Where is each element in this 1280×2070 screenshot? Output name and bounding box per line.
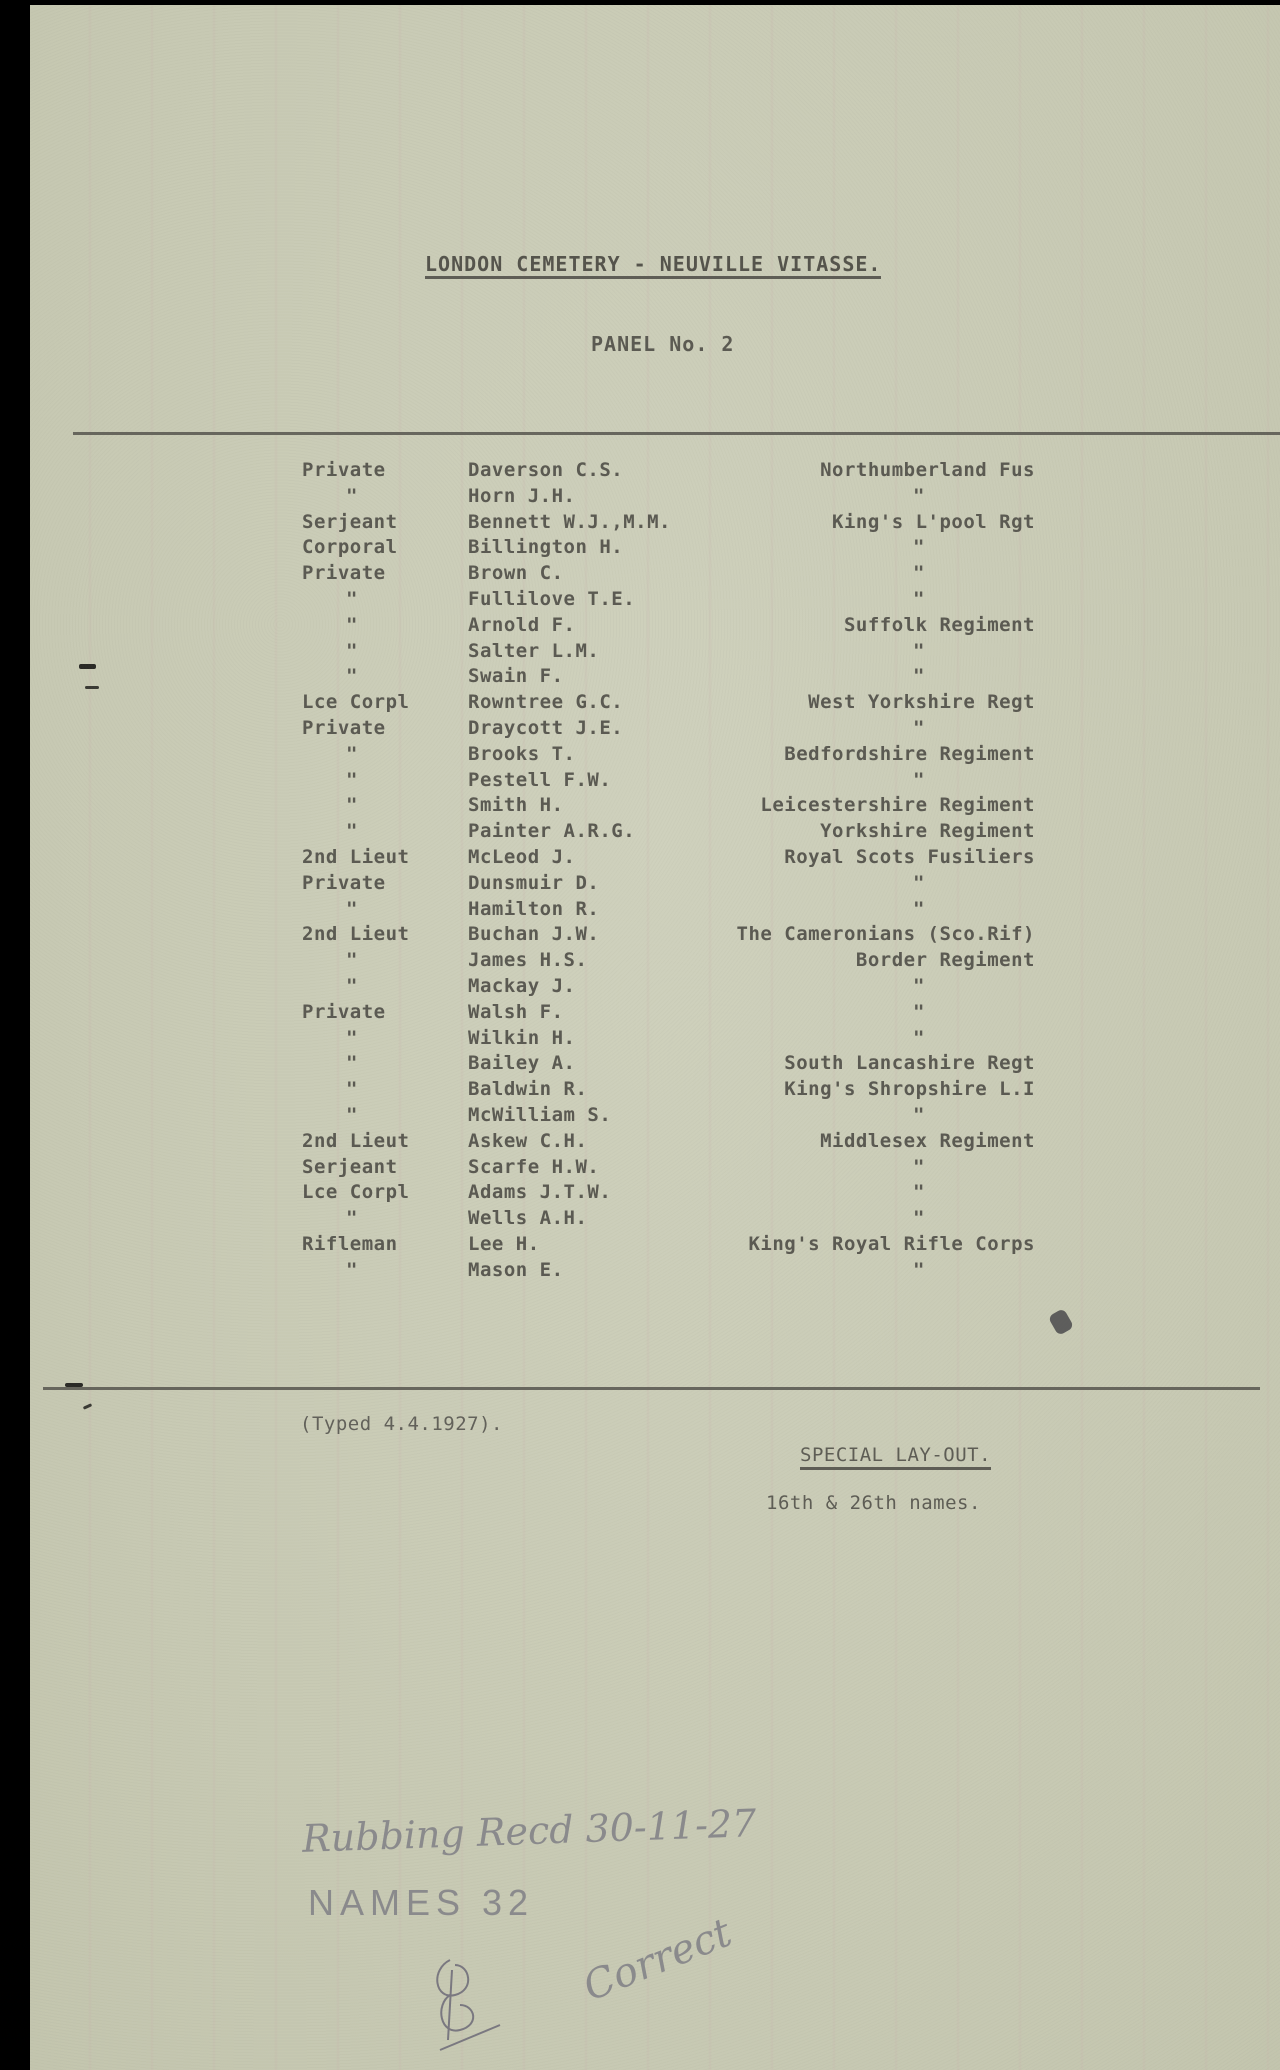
- regiment-cell: South Lancashire Regt: [784, 1054, 1035, 1073]
- table-row: "Mason E.": [0, 1261, 1280, 1287]
- table-row: "Bailey A.South Lancashire Regt: [0, 1054, 1280, 1080]
- table-row: "Salter L.M.": [0, 642, 1280, 668]
- regiment-cell: The Cameronians (Sco.Rif): [737, 925, 1035, 944]
- regiment-cell: ": [913, 642, 925, 661]
- name-cell: Painter A.R.G.: [468, 822, 635, 841]
- regiment-cell: ": [913, 1029, 925, 1048]
- regiment-cell: ": [913, 590, 925, 609]
- regiment-cell: ": [913, 564, 925, 583]
- table-row: PrivateDaverson C.S.Northumberland Fus: [0, 461, 1280, 487]
- regiment-cell: ": [913, 538, 925, 557]
- name-cell: Swain F.: [468, 667, 564, 686]
- table-row: "McWilliam S.": [0, 1106, 1280, 1132]
- rank-cell: 2nd Lieut: [302, 1132, 409, 1151]
- name-cell: McWilliam S.: [468, 1106, 611, 1125]
- rank-cell: Serjeant: [302, 513, 398, 532]
- rank-cell: Private: [302, 874, 386, 893]
- regiment-cell: ": [913, 487, 925, 506]
- table-row: PrivateDraycott J.E.": [0, 719, 1280, 745]
- table-row: 2nd LieutMcLeod J.Royal Scots Fusiliers: [0, 848, 1280, 874]
- table-row: 2nd LieutBuchan J.W.The Cameronians (Sco…: [0, 925, 1280, 951]
- name-cell: Billington H.: [468, 538, 623, 557]
- table-row: CorporalBillington H.": [0, 538, 1280, 564]
- table-row: Lce CorplAdams J.T.W.": [0, 1183, 1280, 1209]
- handwritten-names-count: NAMES 32: [308, 1885, 534, 1921]
- table-row: "James H.S.Border Regiment: [0, 951, 1280, 977]
- table-row: PrivateWalsh F.": [0, 1003, 1280, 1029]
- margin-mark: [83, 1403, 92, 1410]
- name-cell: Scarfe H.W.: [468, 1158, 599, 1177]
- regiment-cell: ": [913, 771, 925, 790]
- name-cell: Hamilton R.: [468, 900, 599, 919]
- regiment-cell: ": [913, 1183, 925, 1202]
- name-cell: Brooks T.: [468, 745, 575, 764]
- table-row: "Painter A.R.G.Yorkshire Regiment: [0, 822, 1280, 848]
- table-row: "Swain F.": [0, 667, 1280, 693]
- name-cell: Rowntree G.C.: [468, 693, 623, 712]
- table-row: "Wilkin H.": [0, 1029, 1280, 1055]
- regiment-cell: Bedfordshire Regiment: [784, 745, 1035, 764]
- name-cell: Draycott J.E.: [468, 719, 623, 738]
- rank-cell: ": [346, 745, 358, 764]
- rank-cell: Corporal: [302, 538, 398, 557]
- table-row: "Pestell F.W.": [0, 771, 1280, 797]
- rank-cell: Lce Corpl: [302, 1183, 409, 1202]
- table-row: "Mackay J.": [0, 977, 1280, 1003]
- regiment-cell: West Yorkshire Regt: [808, 693, 1035, 712]
- rank-cell: ": [346, 1080, 358, 1099]
- regiment-cell: ": [913, 719, 925, 738]
- rank-cell: 2nd Lieut: [302, 848, 409, 867]
- regiment-cell: King's Shropshire L.I: [784, 1080, 1035, 1099]
- table-row: "Baldwin R.King's Shropshire L.I: [0, 1080, 1280, 1106]
- name-cell: James H.S.: [468, 951, 587, 970]
- regiment-cell: King's L'pool Rgt: [832, 513, 1035, 532]
- regiment-cell: Suffolk Regiment: [844, 616, 1035, 635]
- regiment-cell: Leicestershire Regiment: [760, 796, 1035, 815]
- regiment-cell: Northumberland Fus: [820, 461, 1035, 480]
- rank-cell: Private: [302, 461, 386, 480]
- table-row: SerjeantScarfe H.W.": [0, 1158, 1280, 1184]
- rank-cell: ": [346, 796, 358, 815]
- table-row: "Fullilove T.E.": [0, 590, 1280, 616]
- rank-cell: ": [346, 1261, 358, 1280]
- rank-cell: ": [346, 977, 358, 996]
- rank-cell: ": [346, 822, 358, 841]
- regiment-cell: ": [913, 900, 925, 919]
- rank-cell: ": [346, 1106, 358, 1125]
- table-row: RiflemanLee H.King's Royal Rifle Corps: [0, 1235, 1280, 1261]
- regiment-cell: ": [913, 1106, 925, 1125]
- name-cell: Mackay J.: [468, 977, 575, 996]
- rank-cell: ": [346, 642, 358, 661]
- name-cell: Adams J.T.W.: [468, 1183, 611, 1202]
- special-layout-note: SPECIAL LAY-OUT.: [800, 1446, 991, 1470]
- name-cell: Wells A.H.: [468, 1209, 587, 1228]
- name-cell: Bennett W.J.,M.M.: [468, 513, 671, 532]
- initials-signature-icon: [420, 1950, 510, 2060]
- name-cell: Dunsmuir D.: [468, 874, 599, 893]
- table-row: "Arnold F.Suffolk Regiment: [0, 616, 1280, 642]
- regiment-cell: ": [913, 1209, 925, 1228]
- name-cell: Bailey A.: [468, 1054, 575, 1073]
- regiment-cell: Royal Scots Fusiliers: [784, 848, 1035, 867]
- regiment-cell: ": [913, 874, 925, 893]
- regiment-cell: ": [913, 1003, 925, 1022]
- names-note: 16th & 26th names.: [766, 1494, 981, 1513]
- name-cell: Lee H.: [468, 1235, 540, 1254]
- rank-cell: Lce Corpl: [302, 693, 409, 712]
- regiment-cell: ": [913, 667, 925, 686]
- name-cell: Baldwin R.: [468, 1080, 587, 1099]
- name-cell: Mason E.: [468, 1261, 564, 1280]
- rank-cell: Private: [302, 564, 386, 583]
- rank-cell: Private: [302, 1003, 386, 1022]
- table-row: "Wells A.H.": [0, 1209, 1280, 1235]
- regiment-cell: King's Royal Rifle Corps: [748, 1235, 1035, 1254]
- top-divider: [73, 432, 1280, 435]
- rank-cell: ": [346, 1054, 358, 1073]
- table-row: Lce CorplRowntree G.C.West Yorkshire Reg…: [0, 693, 1280, 719]
- rank-cell: ": [346, 487, 358, 506]
- rank-cell: ": [346, 771, 358, 790]
- name-cell: Daverson C.S.: [468, 461, 623, 480]
- regiment-cell: ": [913, 1158, 925, 1177]
- table-row: "Horn J.H.": [0, 487, 1280, 513]
- table-row: PrivateDunsmuir D.": [0, 874, 1280, 900]
- rank-cell: ": [346, 590, 358, 609]
- regiment-cell: Border Regiment: [856, 951, 1035, 970]
- panel-number: PANEL No. 2: [591, 334, 734, 354]
- document-title: LONDON CEMETERY - NEUVILLE VITASSE.: [425, 254, 881, 279]
- regiment-cell: ": [913, 1261, 925, 1280]
- name-cell: Askew C.H.: [468, 1132, 587, 1151]
- rank-cell: ": [346, 1209, 358, 1228]
- table-row: "Brooks T.Bedfordshire Regiment: [0, 745, 1280, 771]
- rank-cell: 2nd Lieut: [302, 925, 409, 944]
- name-cell: Fullilove T.E.: [468, 590, 635, 609]
- typed-date: (Typed 4.4.1927).: [300, 1415, 503, 1434]
- name-cell: Pestell F.W.: [468, 771, 611, 790]
- name-cell: Buchan J.W.: [468, 925, 599, 944]
- table-row: PrivateBrown C.": [0, 564, 1280, 590]
- name-cell: Horn J.H.: [468, 487, 575, 506]
- name-cell: McLeod J.: [468, 848, 575, 867]
- regiment-cell: ": [913, 977, 925, 996]
- ink-scribble: [1048, 1308, 1075, 1336]
- table-row: "Smith H.Leicestershire Regiment: [0, 796, 1280, 822]
- rank-cell: ": [346, 1029, 358, 1048]
- table-row: SerjeantBennett W.J.,M.M.King's L'pool R…: [0, 513, 1280, 539]
- name-cell: Brown C.: [468, 564, 564, 583]
- name-cell: Salter L.M.: [468, 642, 599, 661]
- regiment-cell: Middlesex Regiment: [820, 1132, 1035, 1151]
- table-row: "Hamilton R.": [0, 900, 1280, 926]
- rank-cell: ": [346, 951, 358, 970]
- regiment-cell: Yorkshire Regiment: [820, 822, 1035, 841]
- rank-cell: ": [346, 667, 358, 686]
- name-cell: Walsh F.: [468, 1003, 564, 1022]
- rank-cell: Private: [302, 719, 386, 738]
- name-cell: Smith H.: [468, 796, 564, 815]
- rank-cell: ": [346, 900, 358, 919]
- rank-cell: Rifleman: [302, 1235, 398, 1254]
- names-list: PrivateDaverson C.S.Northumberland Fus"H…: [0, 461, 1280, 1287]
- bottom-divider: [43, 1387, 1260, 1390]
- table-row: 2nd LieutAskew C.H.Middlesex Regiment: [0, 1132, 1280, 1158]
- name-cell: Arnold F.: [468, 616, 575, 635]
- rank-cell: Serjeant: [302, 1158, 398, 1177]
- name-cell: Wilkin H.: [468, 1029, 575, 1048]
- rank-cell: ": [346, 616, 358, 635]
